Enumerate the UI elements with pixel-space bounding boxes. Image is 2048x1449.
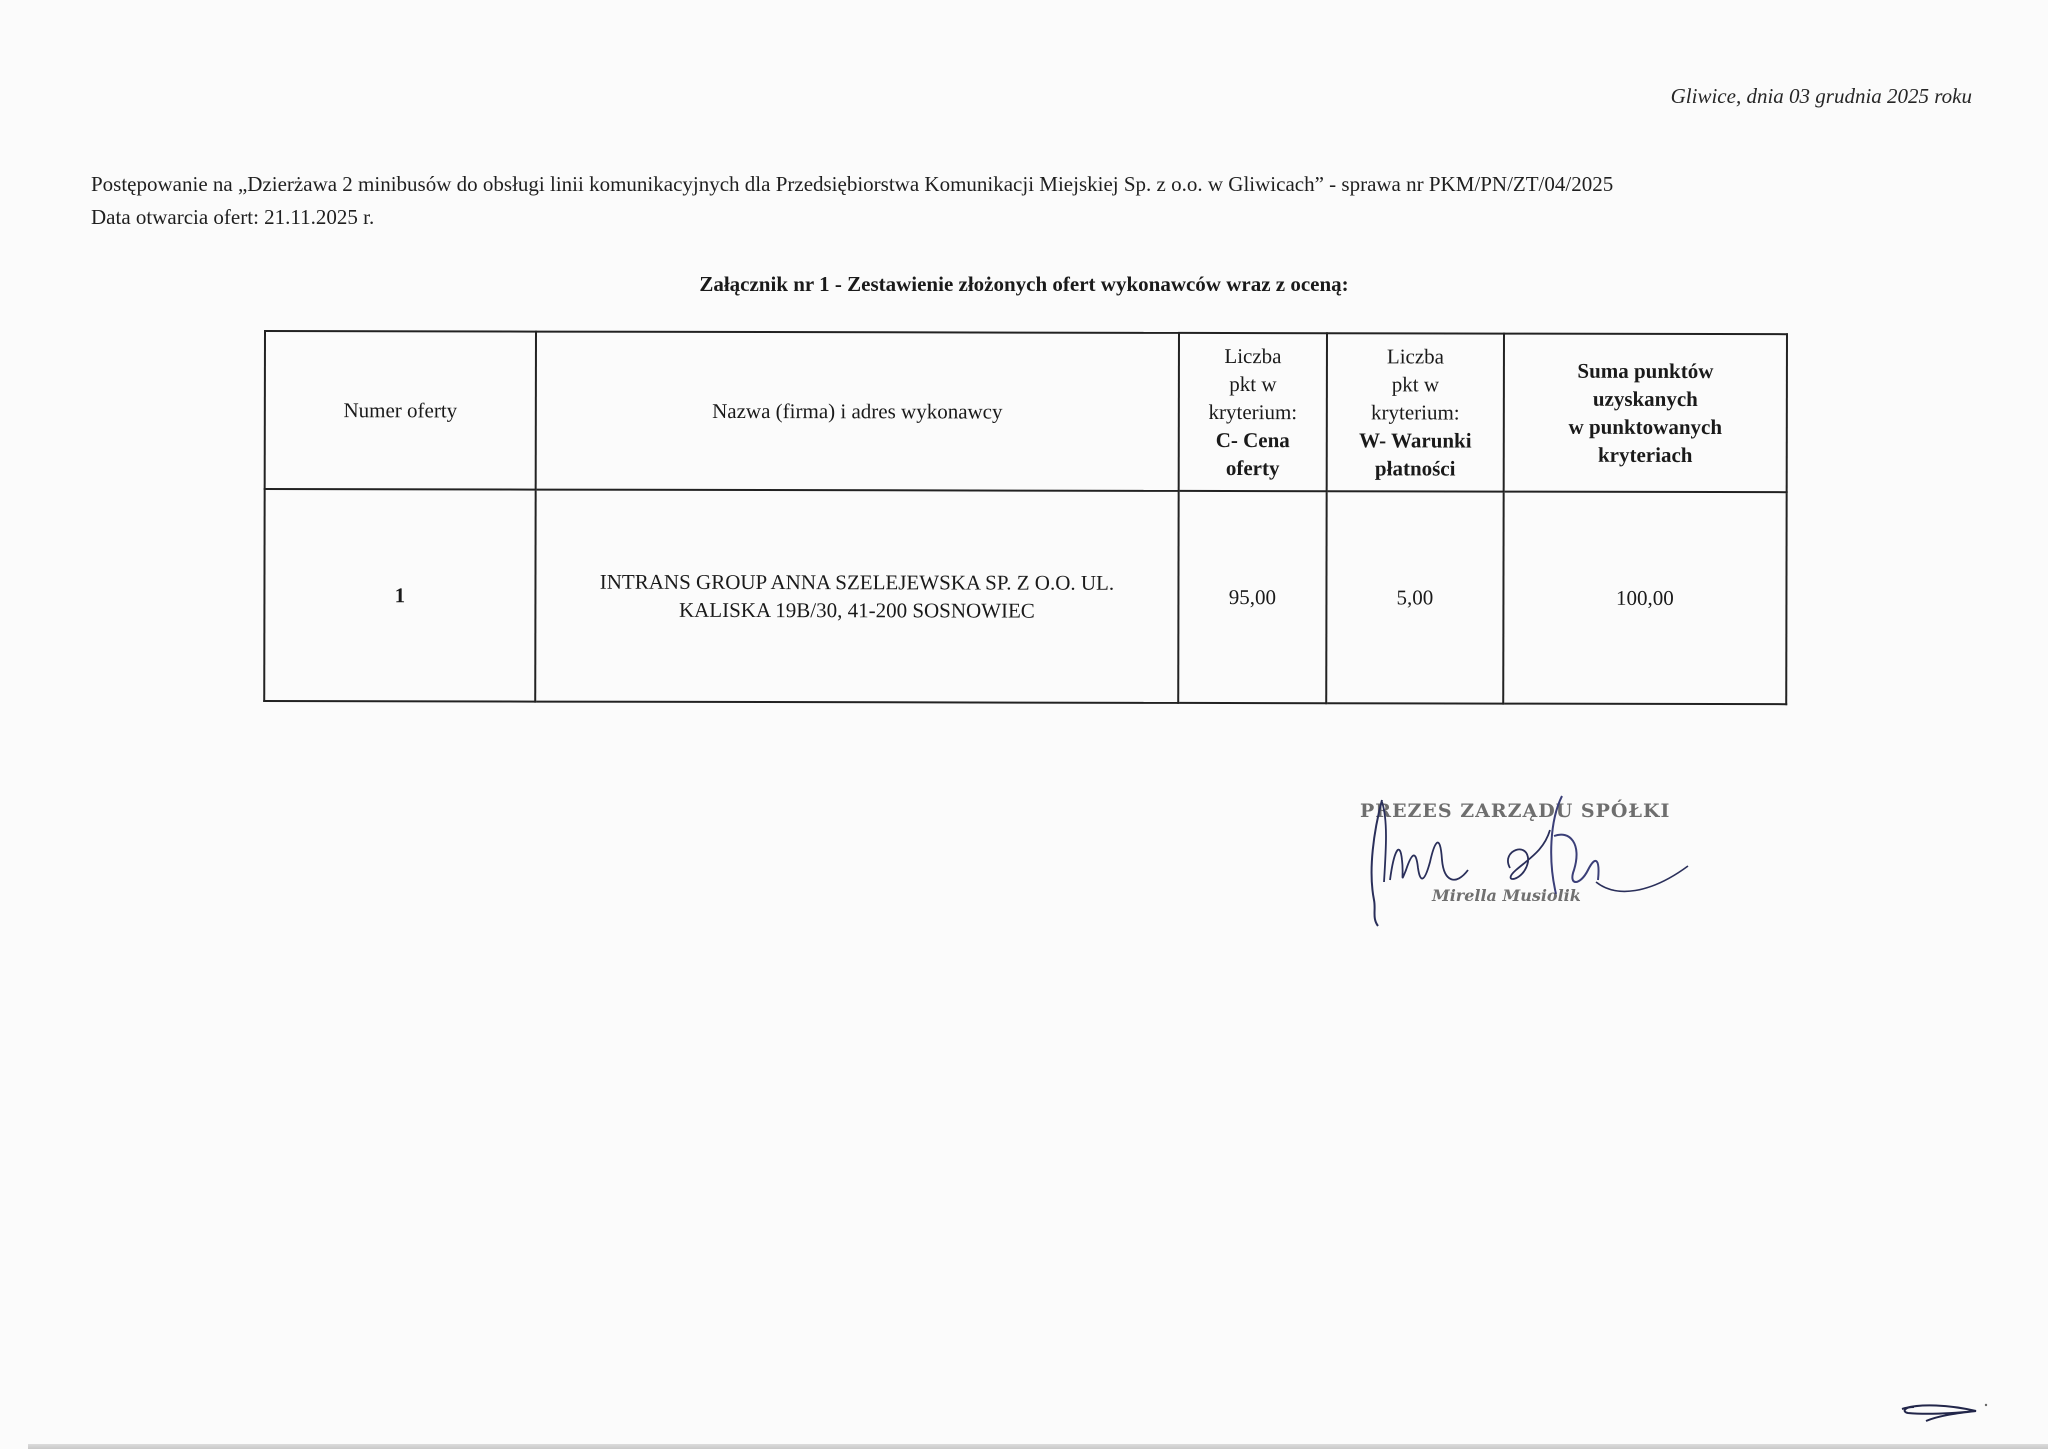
table-header-row: Numer oferty Nazwa (firma) i adres wykon… [265, 331, 1787, 492]
contractor-cell: INTRANS GROUP ANNA SZELEJEWSKA SP. Z O.O… [535, 490, 1178, 703]
column-header-payment-criterion: Liczba pkt w kryterium: W- Warunki płatn… [1327, 333, 1504, 491]
offers-table: Numer oferty Nazwa (firma) i adres wykon… [263, 330, 1788, 705]
handwritten-signature-icon [1360, 790, 1700, 930]
attachment-title: Załącznik nr 1 - Zestawienie złożonych o… [0, 272, 2048, 297]
price-points-cell: 95,00 [1178, 491, 1326, 703]
document-page: Gliwice, dnia 03 grudnia 2025 roku Postę… [0, 0, 2048, 1449]
column-header-offer-number: Numer oferty [265, 331, 536, 490]
handwritten-initials-icon [1900, 1395, 2000, 1425]
column-header-total-points: Suma punktów uzyskanych w punktowanych k… [1504, 334, 1787, 493]
page-bottom-edge [28, 1444, 2048, 1449]
table-row: 1 INTRANS GROUP ANNA SZELEJEWSKA SP. Z O… [264, 489, 1786, 704]
proceeding-description: Postępowanie na „Dzierżawa 2 minibusów d… [91, 168, 1613, 201]
intro-block: Postępowanie na „Dzierżawa 2 minibusów d… [91, 168, 1613, 234]
total-points-cell: 100,00 [1503, 492, 1786, 705]
column-header-contractor: Nazwa (firma) i adres wykonawcy [536, 332, 1179, 491]
column-header-price-criterion: Liczba pkt w kryterium: C- Cena oferty [1179, 333, 1327, 491]
offer-opening-date: Data otwarcia ofert: 21.11.2025 r. [91, 201, 1613, 234]
offer-number-cell: 1 [264, 489, 535, 702]
payment-points-cell: 5,00 [1326, 491, 1503, 703]
place-and-date: Gliwice, dnia 03 grudnia 2025 roku [1671, 84, 1972, 109]
signature-stamp: PREZES ZARZĄDU SPÓŁKI Mirella Musiolik [1360, 790, 1700, 930]
